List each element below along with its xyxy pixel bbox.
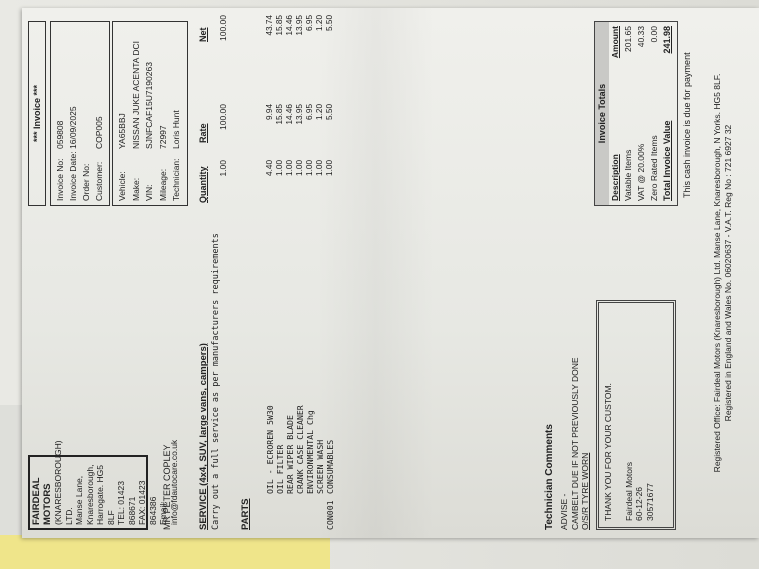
- totals-row: Vatable Items201.65: [622, 22, 635, 205]
- totals-value: 201.65: [622, 26, 635, 52]
- thank-you-box: THANK YOU FOR YOUR CUSTOM. Fairdeal Moto…: [596, 300, 676, 530]
- part-net: 15.85: [275, 15, 285, 75]
- part-quantity: 1.00: [325, 160, 335, 200]
- part-rate: 13.95: [295, 104, 305, 158]
- part-net: 13.95: [295, 15, 305, 75]
- bank-account-number: 30571677: [645, 309, 656, 521]
- total-label: Total Invoice Value: [661, 121, 674, 201]
- part-quantity: 1.00: [285, 160, 295, 200]
- technician-comments-title: Technician Comments: [544, 424, 555, 530]
- company-line: Harrogate. HG5 8LF: [95, 460, 116, 525]
- vehicle-details-box: Vehicle:YA65BBJ Make:NISSAN JUKE ACENTA …: [112, 21, 188, 206]
- part-code: CON001: [325, 500, 335, 530]
- part-description: CRANK CASE CLEANER: [295, 405, 305, 494]
- comment-line: O/S/R TYRE WORN: [580, 357, 591, 530]
- part-row: CON001CONSUMABLES1.005.505.50: [325, 20, 335, 530]
- vehicle-field: Mileage:72997: [157, 26, 171, 201]
- totals-label: Vatable Items: [622, 150, 635, 201]
- field-label: VIN:: [143, 149, 157, 201]
- invoice-field: Order No:: [80, 26, 93, 201]
- customer-code: COP005: [93, 116, 106, 149]
- company-phone: TEL: 01423 868671: [116, 460, 137, 525]
- part-description: ENVIRONMENTAL Chg: [305, 410, 315, 494]
- vehicle-reg: YA65BBJ: [116, 113, 130, 149]
- part-net: 43.74: [265, 15, 275, 75]
- invoice-number: 059808: [54, 121, 67, 149]
- company-line: Manse Lane, Knaresborough,: [74, 460, 95, 525]
- payment-note: This cash invoice is due for payment: [682, 52, 692, 198]
- technician-name: Loris Hunt: [170, 110, 184, 149]
- part-row: ENVIRONMENTAL Chg1.006.956.95: [305, 20, 315, 530]
- totals-value: 40.33: [635, 26, 648, 47]
- vehicle-vin: SJNFCAF15U7190263: [143, 62, 157, 149]
- net-header: Net: [198, 27, 208, 42]
- vehicle-field: Technician:Loris Hunt: [170, 26, 184, 201]
- rate-header: Rate: [198, 123, 208, 143]
- vehicle-make: NISSAN JUKE ACENTA DCI: [130, 41, 144, 149]
- description-header: Description: [609, 154, 622, 201]
- parts-list: OIL - ECROREN 5W304.409.9443.74OIL FILTE…: [265, 20, 335, 530]
- part-net: 5.50: [325, 15, 335, 75]
- company-line: (KNARESBOROUGH) LTD.: [53, 460, 74, 525]
- totals-value: 0.00: [648, 26, 661, 43]
- service-rate: 100.00: [218, 104, 228, 158]
- comment-line: ADVISE -: [559, 357, 570, 530]
- part-quantity: 4.40: [265, 160, 275, 200]
- field-label: Invoice No:: [54, 149, 67, 201]
- part-rate: 9.94: [265, 104, 275, 158]
- part-rate: 1.20: [315, 104, 325, 158]
- part-row: SCREEN WASH1.001.201.20: [315, 20, 325, 530]
- totals-row: Zero Rated Items0.00: [648, 22, 661, 205]
- part-description: REAR WIPER BLADE: [285, 415, 295, 494]
- customer-name: MR PETER COPLEY: [162, 444, 172, 530]
- bank-account-name: Fairdeal Motors: [624, 309, 635, 521]
- part-net: 1.20: [315, 15, 325, 75]
- service-description: Carry out a full service as per manufact…: [211, 233, 221, 530]
- invoice-field: Invoice No:059808: [54, 26, 67, 201]
- part-quantity: 1.00: [275, 160, 285, 200]
- part-row: CRANK CASE CLEANER1.0013.9513.95: [295, 20, 305, 530]
- amount-header: Amount: [609, 26, 622, 58]
- company-fax: FAX: 01423 864386: [137, 460, 158, 525]
- invoice-sheet: FAIRDEAL MOTORS (KNARESBOROUGH) LTD. Man…: [22, 8, 759, 538]
- invoice-field: Invoice Date:16/09/2025: [67, 26, 80, 201]
- part-description: OIL - ECROREN 5W30: [265, 405, 275, 494]
- field-label: Invoice Date:: [67, 149, 80, 201]
- field-label: Order No:: [80, 149, 93, 201]
- part-net: 14.46: [285, 15, 295, 75]
- field-label: Customer:: [93, 149, 106, 201]
- part-row: OIL FILTER1.0015.8515.85: [275, 20, 285, 530]
- totals-title: Invoice Totals: [595, 22, 609, 205]
- invoice-details-box: Invoice No:059808 Invoice Date:16/09/202…: [50, 21, 110, 206]
- field-label: Mileage:: [157, 149, 171, 201]
- thank-you-message: THANK YOU FOR YOUR CUSTOM.: [603, 309, 614, 521]
- totals-label: Zero Rated Items: [648, 135, 661, 201]
- part-rate: 15.85: [275, 104, 285, 158]
- invoice-date: 16/09/2025: [67, 106, 80, 149]
- invoice-title: *** Invoice ***: [28, 21, 46, 206]
- company-name: FAIRDEAL MOTORS: [32, 460, 53, 525]
- comment-line: CAMBELT DUE IF NOT PREVIOUSLY DONE: [570, 357, 581, 530]
- vehicle-field: Vehicle:YA65BBJ: [116, 26, 130, 201]
- part-quantity: 1.00: [305, 160, 315, 200]
- part-description: OIL FILTER: [275, 445, 285, 494]
- totals-row: VAT @ 20.00%40.33: [635, 22, 648, 205]
- registered-office-footer: Registered Office: Fairdeal Motors (Knar…: [712, 8, 734, 538]
- technician-comments: ADVISE - CAMBELT DUE IF NOT PREVIOUSLY D…: [559, 357, 591, 530]
- part-description: SCREEN WASH: [315, 440, 325, 494]
- company-address-box: FAIRDEAL MOTORS (KNARESBOROUGH) LTD. Man…: [28, 455, 148, 530]
- service-title: SERVICE (4x4, SUV, large vans, campers): [198, 343, 209, 530]
- field-label: Technician:: [170, 149, 184, 201]
- vehicle-field: Make:NISSAN JUKE ACENTA DCI: [130, 26, 144, 201]
- part-rate: 6.95: [305, 104, 315, 158]
- part-description: CONSUMABLES: [325, 440, 335, 494]
- part-rate: 5.50: [325, 104, 335, 158]
- part-row: REAR WIPER BLADE1.0014.4614.46: [285, 20, 295, 530]
- footer-line: Registered Office: Fairdeal Motors (Knar…: [712, 8, 723, 538]
- total-value: 241.98: [661, 26, 674, 54]
- part-net: 6.95: [305, 15, 315, 75]
- part-row: OIL - ECROREN 5W304.409.9443.74: [265, 20, 275, 530]
- total-row: Total Invoice Value241.98: [661, 22, 674, 205]
- field-label: Make:: [130, 149, 144, 201]
- invoice-totals-box: Invoice Totals DescriptionAmount Vatable…: [594, 21, 678, 206]
- invoice-page: FAIRDEAL MOTORS (KNARESBOROUGH) LTD. Man…: [22, 8, 759, 538]
- service-quantity: 1.00: [218, 160, 228, 200]
- service-net: 100.00: [218, 15, 228, 75]
- vehicle-field: VIN:SJNFCAF15U7190263: [143, 26, 157, 201]
- parts-title: PARTS: [240, 499, 251, 531]
- totals-header-row: DescriptionAmount: [609, 22, 622, 205]
- vehicle-mileage: 72997: [157, 125, 171, 149]
- quantity-header: Quantity: [198, 166, 208, 203]
- totals-label: VAT @ 20.00%: [635, 144, 648, 201]
- bank-sort-code: 60-12-26: [634, 309, 645, 521]
- part-quantity: 1.00: [315, 160, 325, 200]
- part-rate: 14.46: [285, 104, 295, 158]
- footer-line: Registered in England and Wales No. 0602…: [723, 8, 734, 538]
- field-label: Vehicle:: [116, 149, 130, 201]
- part-quantity: 1.00: [295, 160, 305, 200]
- invoice-field: Customer:COP005: [93, 26, 106, 201]
- yellow-paper: [0, 535, 330, 569]
